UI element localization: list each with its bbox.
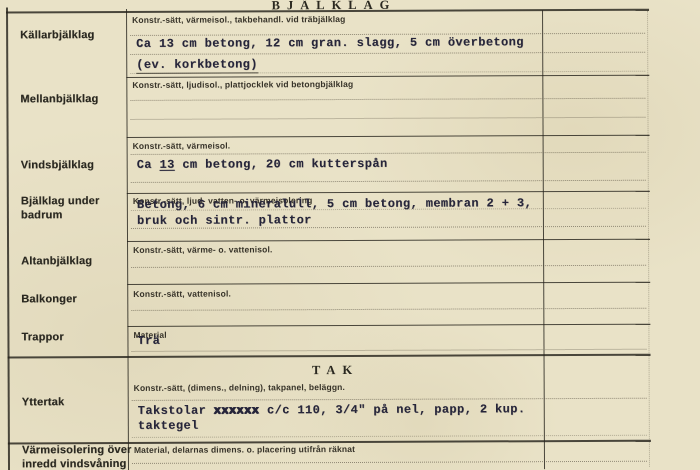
row-divider-1 [126,75,649,78]
cell-caption-mellanbjalklag: Konstr.-sätt, ljudisol., plattjocklek vi… [132,79,353,90]
guide-line [132,398,647,401]
guide-line [130,52,645,55]
guide-line [131,265,646,268]
typed-entry-vindsbjalklag: Ca 13 cm betong, 20 cm kutterspån [137,157,388,172]
row-divider-6 [127,324,650,327]
section-title-tak: TAK [128,362,544,379]
row-label-mellanbjalklag: Mellanbjälklag [20,93,98,105]
table-border-left [6,7,10,470]
row-divider-5 [127,282,650,285]
row-label-bjalklag-under-badrum-line2: badrum [21,209,63,221]
typed-entry-kallarbjalklag-line2: (ev. korkbetong) [136,57,258,74]
cell-caption-varmeisolering: Material, delarnas dimens. o. placering … [134,444,355,455]
row-divider-3 [127,191,650,194]
typed-text-struck-out: xxxxxx [214,403,260,417]
typed-text-post: c/c 110, 3/4" på nel, papp, 2 kup. [259,402,525,417]
cell-caption-altanbjalklag: Konstr.-sätt, värme- o. vattenisol. [133,244,272,255]
row-label-varmeisolering-line2: inredd vindsvåning [22,458,127,470]
row-label-balkonger: Balkonger [21,293,77,305]
guide-line [131,152,646,155]
typed-entry-badrum-line2: bruk och sintr. plattor [137,213,312,228]
typed-text-pre: Ca [137,158,160,172]
row-divider-4 [127,239,650,242]
guide-line [131,308,646,311]
typed-text-post: cm betong, 20 cm kutterspån [175,157,388,172]
typed-entry-trappor: Trä [137,334,160,348]
row-label-varmeisolering-line1: Värmeisolering över [22,444,132,456]
typed-text-underlined: 13 [159,158,174,172]
typed-text-pre: Takstolar [138,404,214,418]
typed-entry-kallarbjalklag-line1: Ca 13 cm betong, 12 cm gran. slagg, 5 cm… [136,35,524,51]
row-label-kallarbjalklag: Källarbjälklag [20,29,94,41]
guide-line [132,435,647,438]
typed-entry-yttertak-line1: Takstolar xxxxxx c/c 110, 3/4" på nel, p… [138,402,526,418]
row-label-yttertak: Yttertak [22,396,65,408]
row-label-bjalklag-under-badrum-line1: Bjälklag under [21,195,100,207]
guide-line [131,180,646,183]
scanned-sheet: BJÄLKLAG TAK Källarbjälklag Mellanbjälkl… [0,0,700,470]
typed-entry-yttertak-line2: taktegel [138,419,199,433]
section-divider-tak [8,354,651,359]
cell-caption-kallarbjalklag: Konstr.-sätt, värmeisol., takbehandl. vi… [132,14,345,25]
row-label-trappor: Trappor [21,331,63,343]
cell-caption-vindsbjalklag: Konstr.-sätt, värmeisol. [133,141,231,151]
cell-caption-balkonger: Konstr.-sätt, vattenisol. [133,289,231,299]
table-divider-label-column [126,9,129,470]
row-label-altanbjalklag: Altanbjälklag [21,255,92,267]
guide-line [132,461,647,464]
guide-line [130,117,645,120]
guide-line [132,349,647,352]
guide-line [130,98,645,101]
cell-caption-yttertak: Konstr.-sätt, (dimens., delning), takpan… [134,382,345,393]
row-divider-2 [127,135,650,138]
row-label-vindsbjalklag: Vindsbjälklag [21,159,94,171]
scanned-form-page: BJÄLKLAG TAK Källarbjälklag Mellanbjälkl… [0,0,700,470]
